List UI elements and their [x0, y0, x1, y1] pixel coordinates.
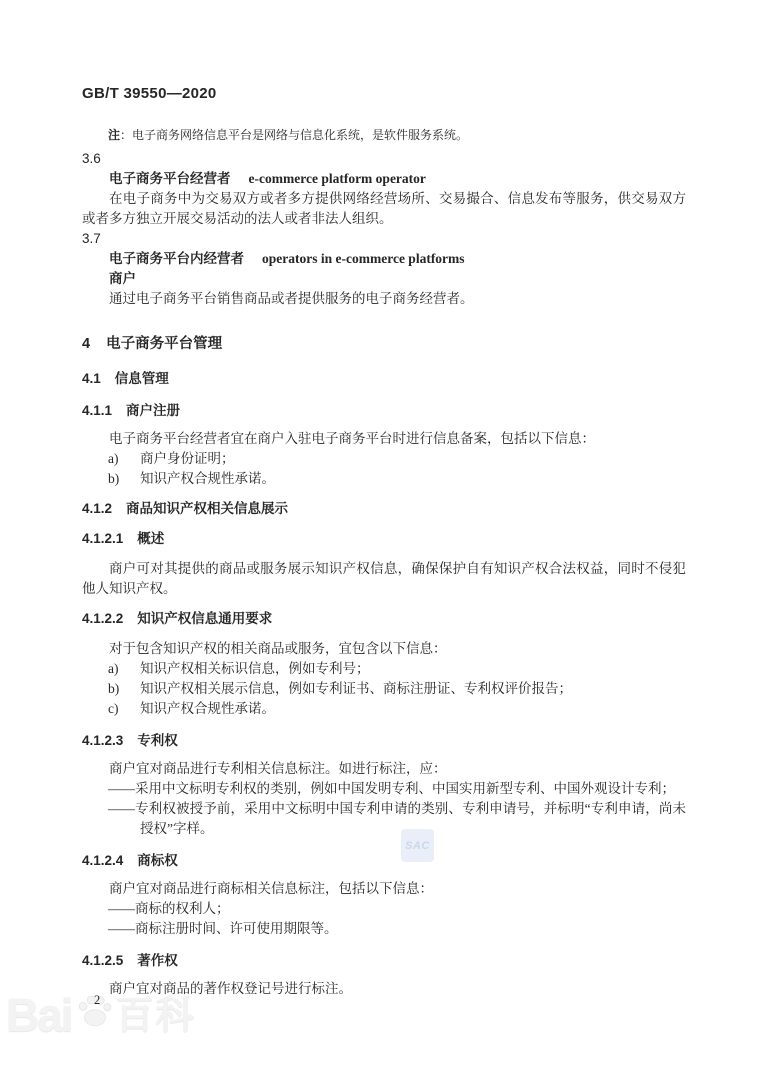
term-zh-3-7: 电子商务平台内经营者 [109, 251, 244, 266]
intro-4-1-2-3: 商户宜对商品进行专利相关信息标注。如进行标注，应： [82, 759, 686, 779]
term-en-3-6: e-commerce platform operator [249, 171, 426, 186]
note-label: 注 [108, 128, 120, 142]
dash-marker: —— [108, 921, 135, 936]
list-marker: b) [108, 679, 140, 699]
dash-item-4-1-2-4-1: ——商标的权利人； [82, 899, 686, 919]
heading-title-4-1-2-2: 知识产权信息通用要求 [137, 611, 272, 626]
heading-number-4-1-2-1: 4.1.2.1 [82, 531, 123, 546]
term-definition-3-6: 在电子商务中为交易双方或者多方提供网络经营场所、交易撮合、信息发布等服务，供交易… [82, 189, 686, 229]
sac-watermark: SAC [401, 829, 434, 862]
heading-4-1-2-5: 4.1.2.5著作权 [82, 951, 686, 971]
dash-marker: —— [108, 781, 135, 796]
note-text: ：电子商务网络信息平台是网络与信息化系统，是软件服务系统。 [120, 128, 468, 142]
list-text: 知识产权合规性承诺。 [140, 469, 686, 489]
heading-title-4-1-1: 商户注册 [126, 403, 180, 418]
dash-marker: —— [108, 901, 135, 916]
heading-title-4: 电子商务平台管理 [106, 336, 222, 352]
list-item-4-1-2-2-c: c)知识产权合规性承诺。 [82, 699, 686, 719]
heading-number-4-1-2-4: 4.1.2.4 [82, 853, 123, 868]
dash-item-4-1-2-3-1: ——采用中文标明专利权的类别，例如中国发明专利、中国实用新型专利、中国外观设计专… [82, 779, 686, 799]
heading-number-4-1-2-5: 4.1.2.5 [82, 953, 123, 968]
intro-4-1-2-4: 商户宜对商品进行商标相关信息标注，包括以下信息： [82, 879, 686, 899]
heading-title-4-1-2: 商品知识产权相关信息展示 [126, 501, 288, 516]
standard-code-header: GB/T 39550—2020 [82, 86, 686, 102]
heading-title-4-1-2-3: 专利权 [137, 733, 178, 748]
term-alias-label-3-7: 商户 [109, 271, 136, 286]
term-en-3-7: operators in e-commerce platforms [262, 251, 465, 266]
heading-4-1-1: 4.1.1商户注册 [82, 401, 686, 421]
term-line-3-7: 电子商务平台内经营者operators in e-commerce platfo… [82, 249, 686, 269]
heading-4-1-2: 4.1.2商品知识产权相关信息展示 [82, 499, 686, 519]
dash-item-4-1-2-3-2: ——专利权被授予前，采用中文标明中国专利申请的类别、专利申请号，并标明“专利申请… [82, 799, 686, 839]
list-marker: a) [108, 449, 140, 469]
heading-4-1-2-4: 4.1.2.4商标权 [82, 851, 686, 871]
baidu-baike-watermark: Bai 百科 [6, 992, 196, 1038]
dash-text: 商标注册时间、许可使用期限等。 [135, 921, 338, 936]
heading-title-4-1-2-4: 商标权 [137, 853, 178, 868]
term-number-3-7: 3.7 [82, 229, 686, 249]
list-marker: c) [108, 699, 140, 719]
intro-4-1-2-2: 对于包含知识产权的相关商品或服务，宜包含以下信息： [82, 639, 686, 659]
heading-title-4-1-2-1: 概述 [137, 531, 164, 546]
list-item-4-1-2-2-a: a)知识产权相关标识信息，例如专利号； [82, 659, 686, 679]
heading-4-1-2-2: 4.1.2.2知识产权信息通用要求 [82, 609, 686, 629]
dash-marker: —— [108, 801, 135, 816]
dash-text: 采用中文标明专利权的类别，例如中国发明专利、中国实用新型专利、中国外观设计专利； [135, 781, 675, 796]
list-marker: b) [108, 469, 140, 489]
dash-text: 商标的权利人； [135, 901, 230, 916]
list-item-4-1-2-2-b: b)知识产权相关展示信息，例如专利证书、商标注册证、专利权评价报告； [82, 679, 686, 699]
list-text: 知识产权合规性承诺。 [140, 699, 686, 719]
list-text: 知识产权相关标识信息，例如专利号； [140, 659, 686, 679]
list-text: 知识产权相关展示信息，例如专利证书、商标注册证、专利权评价报告； [140, 679, 686, 699]
heading-4-1-2-1: 4.1.2.1概述 [82, 529, 686, 549]
heading-number-4-1-2: 4.1.2 [82, 501, 112, 516]
list-text: 商户身份证明； [140, 449, 686, 469]
heading-4-1: 4.1信息管理 [82, 369, 686, 389]
term-definition-3-7: 通过电子商务平台销售商品或者提供服务的电子商务经营者。 [82, 289, 686, 309]
sac-logo-icon: SAC [405, 836, 430, 856]
heading-title-4-1: 信息管理 [115, 371, 169, 386]
heading-number-4-1-2-3: 4.1.2.3 [82, 733, 123, 748]
list-item-4-1-1-a: a)商户身份证明； [82, 449, 686, 469]
heading-number-4-1-1: 4.1.1 [82, 403, 112, 418]
page-content: GB/T 39550—2020 注：电子商务网络信息平台是网络与信息化系统，是软… [82, 86, 686, 999]
heading-number-4-1-2-2: 4.1.2.2 [82, 611, 123, 626]
term-zh-3-6: 电子商务平台经营者 [109, 171, 231, 186]
heading-number-4-1: 4.1 [82, 371, 101, 386]
intro-4-1-1: 电子商务平台经营者宜在商户入驻电子商务平台时进行信息备案，包括以下信息： [82, 429, 686, 449]
list-item-4-1-1-b: b)知识产权合规性承诺。 [82, 469, 686, 489]
heading-4-1-2-3: 4.1.2.3专利权 [82, 731, 686, 751]
baidu-watermark-text-left: Bai [6, 992, 72, 1038]
heading-number-4: 4 [82, 336, 90, 352]
term-alias-3-7: 商户 [82, 269, 686, 289]
baidu-watermark-text-right: 百科 [116, 994, 196, 1038]
paragraph-4-1-2-1: 商户可对其提供的商品或服务展示知识产权信息，确保保护自有知识产权合法权益，同时不… [82, 559, 686, 599]
heading-title-4-1-2-5: 著作权 [137, 953, 178, 968]
dash-item-4-1-2-4-2: ——商标注册时间、许可使用期限等。 [82, 919, 686, 939]
list-marker: a) [108, 659, 140, 679]
document-page: GB/T 39550—2020 注：电子商务网络信息平台是网络与信息化系统，是软… [0, 0, 764, 1080]
heading-clause-4: 4电子商务平台管理 [82, 333, 686, 355]
page-number: 2 [94, 991, 100, 1009]
note-paragraph: 注：电子商务网络信息平台是网络与信息化系统，是软件服务系统。 [82, 126, 686, 144]
term-line-3-6: 电子商务平台经营者e-commerce platform operator [82, 169, 686, 189]
term-number-3-6: 3.6 [82, 149, 686, 169]
